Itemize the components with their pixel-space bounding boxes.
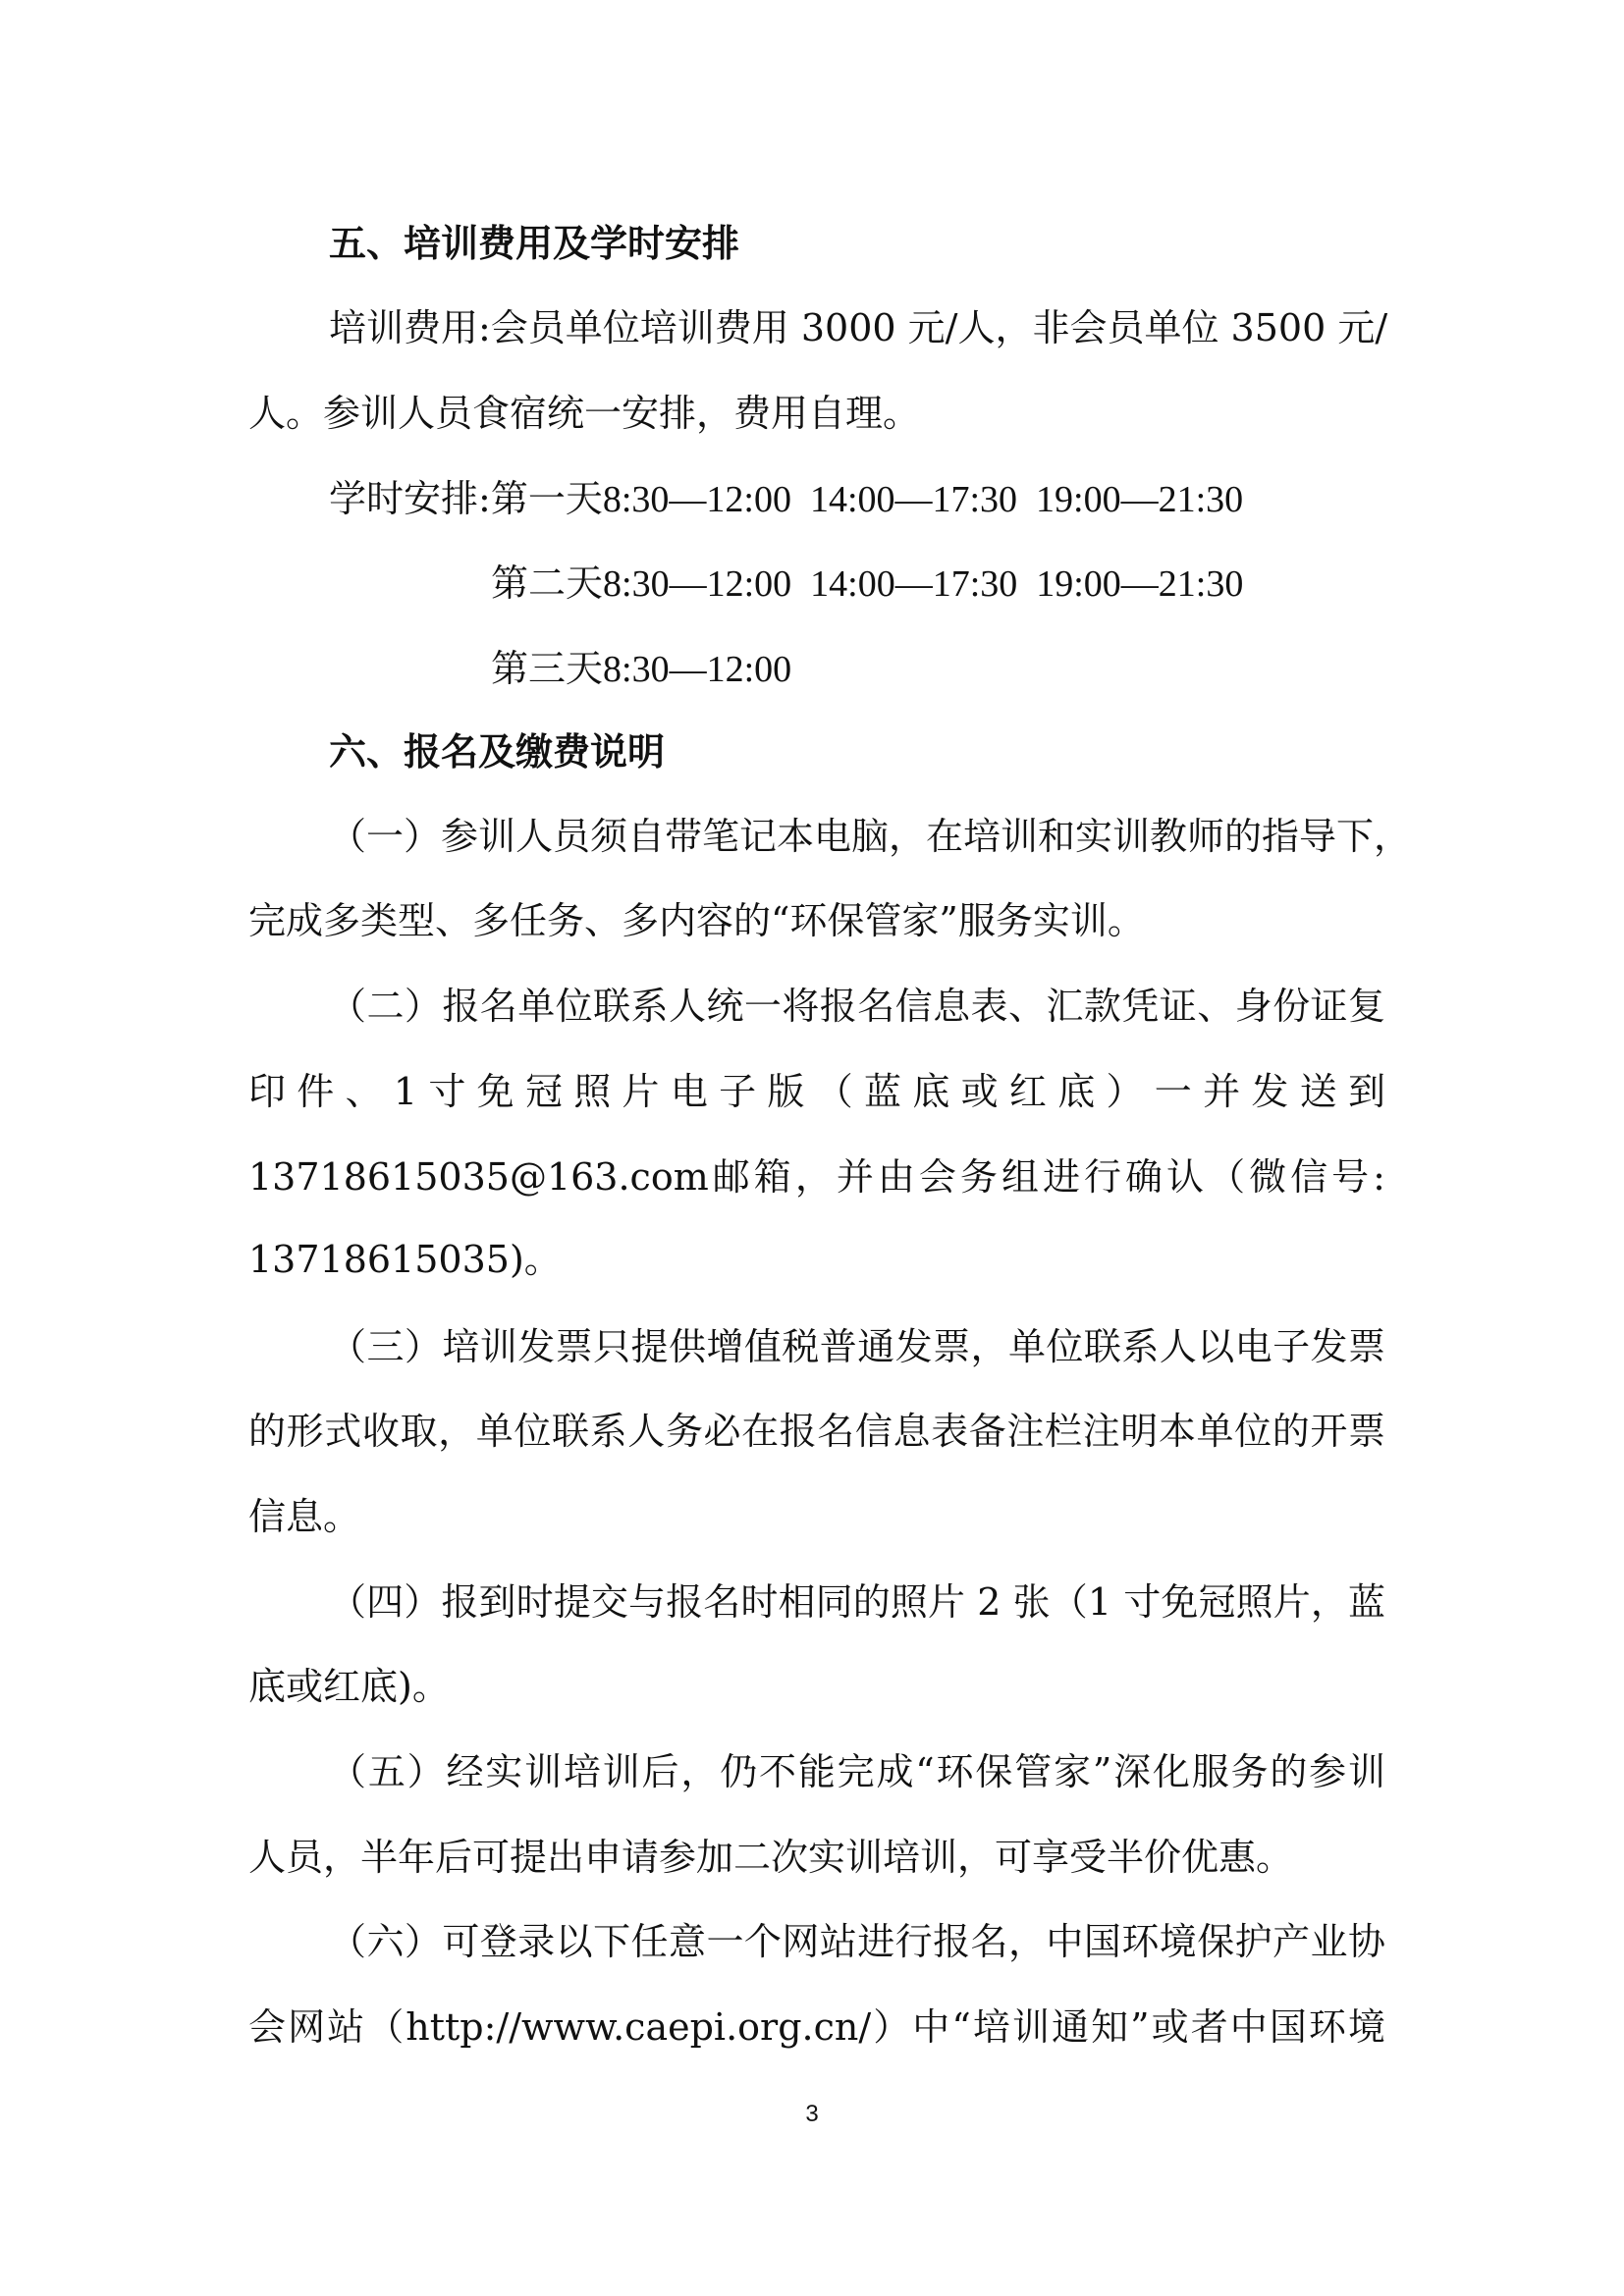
page-number: 3: [797, 2101, 827, 2128]
paragraph-line-email: 13718615035@163.com邮箱，并由会务组进行确认（微信号:: [248, 1155, 1385, 1199]
schedule-times: 8:30—12:00 14:00—17:30 19:00—21:30: [603, 563, 1243, 605]
schedule-day: 第三天: [491, 647, 603, 690]
paragraph-line: 人员，半年后可提出申请参加二次实训培训，可享受半价优惠。: [248, 1836, 1385, 1879]
schedule-day: 第二天: [491, 561, 603, 605]
paragraph-line: （五）经实训培训后，仍不能完成“环保管家”深化服务的参训: [329, 1750, 1385, 1793]
section-heading-fees-schedule: 五、培训费用及学时安排: [329, 222, 1385, 265]
schedule-day: 第一天: [491, 477, 603, 520]
paragraph-line: 信息。: [248, 1495, 1385, 1538]
paragraph-line: 的形式收取，单位联系人务必在报名信息表备注栏注明本单位的开票: [248, 1410, 1385, 1453]
document-page: 五、培训费用及学时安排 培训费用:会员单位培训费用 3000 元/人，非会员单位…: [0, 0, 1624, 2296]
paragraph-line: 印件、1寸免冠照片电子版（蓝底或红底）一并发送到: [248, 1070, 1385, 1113]
paragraph-line: （二）报名单位联系人统一将报名信息表、汇款凭证、身份证复: [329, 985, 1385, 1028]
paragraph-line: 底或红底)。: [248, 1665, 1385, 1708]
schedule-times: 8:30—12:00: [603, 649, 791, 690]
paragraph-line: （三）培训发票只提供增值税普通发票，单位联系人以电子发票: [329, 1325, 1385, 1368]
fee-text-line: 培训费用:会员单位培训费用 3000 元/人，非会员单位 3500 元/: [329, 306, 1385, 349]
fee-text-line: 人。参训人员食宿统一安排，费用自理。: [248, 392, 1385, 435]
paragraph-line: 完成多类型、多任务、多内容的“环保管家”服务实训。: [248, 899, 1385, 942]
paragraph-line: （四）报到时提交与报名时相同的照片 2 张（1 寸免冠照片，蓝: [329, 1580, 1385, 1624]
section-heading-registration: 六、报名及缴费说明: [329, 730, 1385, 774]
schedule-label: 学时安排:: [329, 477, 491, 520]
paragraph-line: （一）参训人员须自带笔记本电脑，在培训和实训教师的指导下，: [329, 815, 1385, 858]
schedule-row-day1: 学时安排:第一天8:30—12:00 14:00—17:30 19:00—21:…: [329, 477, 1385, 520]
schedule-row-day2: 第二天8:30—12:00 14:00—17:30 19:00—21:30: [491, 561, 1385, 605]
schedule-row-day3: 第三天8:30—12:00: [491, 647, 1385, 690]
paragraph-line-wechat: 13718615035)。: [248, 1238, 1385, 1281]
paragraph-line-website: 会网站（http://www.caepi.org.cn/）中“培训通知”或者中国…: [248, 2005, 1385, 2049]
paragraph-line: （六）可登录以下任意一个网站进行报名，中国环境保护产业协: [329, 1920, 1385, 1963]
schedule-times: 8:30—12:00 14:00—17:30 19:00—21:30: [603, 479, 1243, 520]
